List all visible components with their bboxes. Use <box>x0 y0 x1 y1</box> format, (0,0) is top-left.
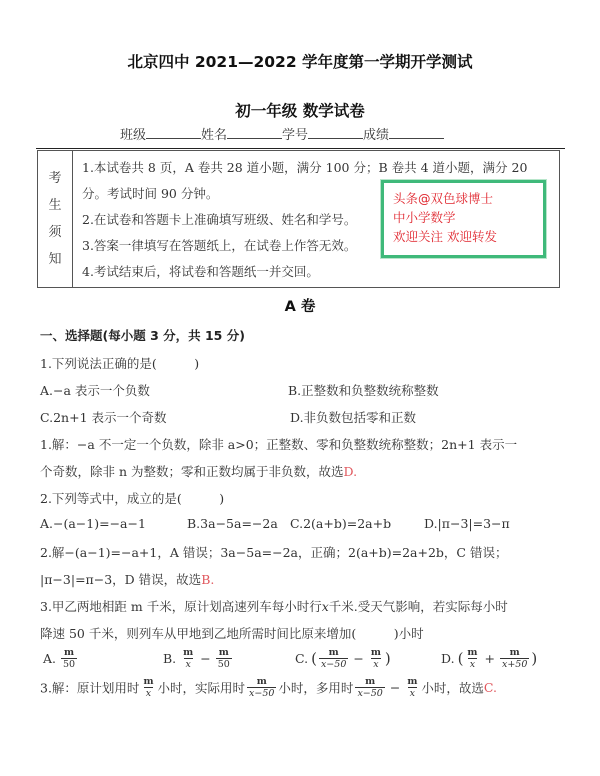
q1-option-b: B.正整数和负整数统称整数 <box>288 381 439 399</box>
q3-answer: C. <box>484 680 497 695</box>
q2-option-b: B.3a−5a=−2a <box>187 516 278 531</box>
score-blank <box>389 126 444 139</box>
numerator: m <box>327 647 341 658</box>
name-blank <box>227 126 282 139</box>
numerator: m <box>405 676 419 687</box>
denominator: x <box>144 687 153 699</box>
option-label: A. <box>43 651 56 666</box>
denominator: x <box>408 687 417 699</box>
paren: ) <box>385 650 391 668</box>
q3-option-a: A.m50 <box>40 647 79 670</box>
q3-option-d: D.(mx+mx+50) <box>438 647 537 670</box>
paren: ( <box>311 650 317 668</box>
side-char: 知 <box>48 246 61 273</box>
numerator: m <box>465 647 479 658</box>
numerator: m <box>217 647 231 658</box>
numerator: m <box>141 676 155 687</box>
numerator: m <box>369 647 383 658</box>
q1-option-c: C.2n+1 表示一个奇数 <box>40 408 167 426</box>
denominator: x <box>371 658 380 670</box>
q1-solution-text: 个奇数，除非 n 为整数；零和正数均属于非负数，故选 <box>40 464 344 479</box>
q1-answer: D. <box>344 464 358 479</box>
option-label: B. <box>163 651 176 666</box>
paren: ) <box>531 650 537 668</box>
fraction: mx+50 <box>500 647 529 670</box>
fraction: m50 <box>216 647 232 670</box>
fraction: mx <box>181 647 195 670</box>
denominator: 50 <box>216 658 232 670</box>
numerator: m <box>363 676 377 687</box>
denominator: x−50 <box>247 687 276 699</box>
student-info-line: 班级姓名学号成绩 <box>120 124 444 143</box>
q1-option-a: A.−a 表示一个负数 <box>40 381 150 399</box>
option-label: D. <box>441 651 455 666</box>
q2-option-d: D.|π−3|=3−π <box>424 516 510 531</box>
watermark-line: 中小学数学 <box>393 208 543 227</box>
student-id-blank <box>308 126 363 139</box>
solution-text: 3.解：原计划用时 <box>40 681 139 696</box>
solution-text: 小时，实际用时 <box>158 681 246 696</box>
operator: − <box>200 651 210 666</box>
name-label: 姓名 <box>201 128 227 143</box>
operator: − <box>390 680 400 695</box>
denominator: 50 <box>61 658 77 670</box>
denominator: x−50 <box>319 658 348 670</box>
denominator: x <box>468 658 477 670</box>
q3-option-c: C.(mx−50−mx) <box>292 647 391 670</box>
class-label: 班级 <box>120 128 146 143</box>
operator: − <box>353 651 363 666</box>
q1-stem: 1.下列说法正确的是( ) <box>40 354 199 372</box>
section-title: A 卷 <box>0 295 600 316</box>
notice-side-label: 考 生 须 知 <box>38 151 73 287</box>
q2-option-a: A.−(a−1)=−a−1 <box>40 516 146 531</box>
q1-option-d: D.非负数包括零和正数 <box>290 408 416 426</box>
fraction: m50 <box>61 647 77 670</box>
watermark-line: 欢迎关注 欢迎转发 <box>393 227 543 246</box>
q3-solution: 3.解：原计划用时mx小时，实际用时mx−50小时，多用时mx−50−mx小时，… <box>40 676 497 699</box>
option-label: C. <box>295 651 308 666</box>
notice-line: 1.本试卷共 8 页，A 卷共 28 道小题，满分 100 分；B 卷共 4 道… <box>82 155 553 181</box>
q3-option-b: B.mx−m50 <box>160 647 234 670</box>
denominator: x <box>184 658 193 670</box>
paren: ( <box>458 650 464 668</box>
numerator: m <box>508 647 522 658</box>
q2-stem: 2.下列等式中，成立的是( ) <box>40 489 224 507</box>
class-blank <box>146 126 201 139</box>
notice-line: 4.考试结束后，将试卷和答题纸一并交回。 <box>82 259 553 285</box>
operator: + <box>484 651 494 666</box>
fraction: mx <box>369 647 383 670</box>
denominator: x+50 <box>500 658 529 670</box>
q2-option-c: C.2(a+b)=2a+b <box>290 516 391 531</box>
fraction: mx−50 <box>247 676 276 699</box>
q2-solution-line1: 2.解−(a−1)=−a+1，A 错误；3a−5a=−2a，正确；2(a+b)=… <box>40 543 507 561</box>
exam-subtitle: 初一年级 数学试卷 <box>0 99 600 121</box>
q1-solution-line2: 个奇数，除非 n 为整数；零和正数均属于非负数，故选D. <box>40 462 357 480</box>
q3-stem-line2: 降速 50 千米，则列车从甲地到乙地所需时间比原来增加( )小时 <box>40 624 424 642</box>
side-char: 须 <box>48 219 61 246</box>
numerator: m <box>255 676 269 687</box>
fraction: mx <box>405 676 419 699</box>
watermark-box: 头条@双色球博士 中小学数学 欢迎关注 欢迎转发 <box>381 180 546 258</box>
fraction: mx <box>141 676 155 699</box>
q1-solution-line1: 1.解：−a 不一定一个负数，除非 a>0；正整数、零和负整数统称整数；2n+1… <box>40 435 517 453</box>
q2-answer: B. <box>201 572 214 587</box>
denominator: x−50 <box>355 687 384 699</box>
side-char: 考 <box>48 165 61 192</box>
q3-stem-line1: 3.甲乙两地相距 m 千米，原计划高速列车每小时行𝑥千米.受天气影响，若实际每小… <box>40 597 508 615</box>
q2-solution-text: |π−3|=π−3，D 错误，故选 <box>40 572 201 587</box>
score-label: 成绩 <box>363 128 389 143</box>
part-heading: 一、选择题(每小题 3 分，共 15 分) <box>40 326 245 344</box>
solution-text: 小时，多用时 <box>278 681 353 696</box>
student-id-label: 学号 <box>282 128 308 143</box>
fraction: mx−50 <box>319 647 348 670</box>
header-divider <box>36 148 565 149</box>
solution-text: 小时，故选 <box>421 681 484 696</box>
numerator: m <box>181 647 195 658</box>
watermark-line: 头条@双色球博士 <box>393 189 543 208</box>
q2-solution-line2: |π−3|=π−3，D 错误，故选B. <box>40 570 214 588</box>
numerator: m <box>62 647 76 658</box>
fraction: mx <box>465 647 479 670</box>
side-char: 生 <box>48 192 61 219</box>
exam-title: 北京四中 2021—2022 学年度第一学期开学测试 <box>0 50 600 72</box>
fraction: mx−50 <box>355 676 384 699</box>
